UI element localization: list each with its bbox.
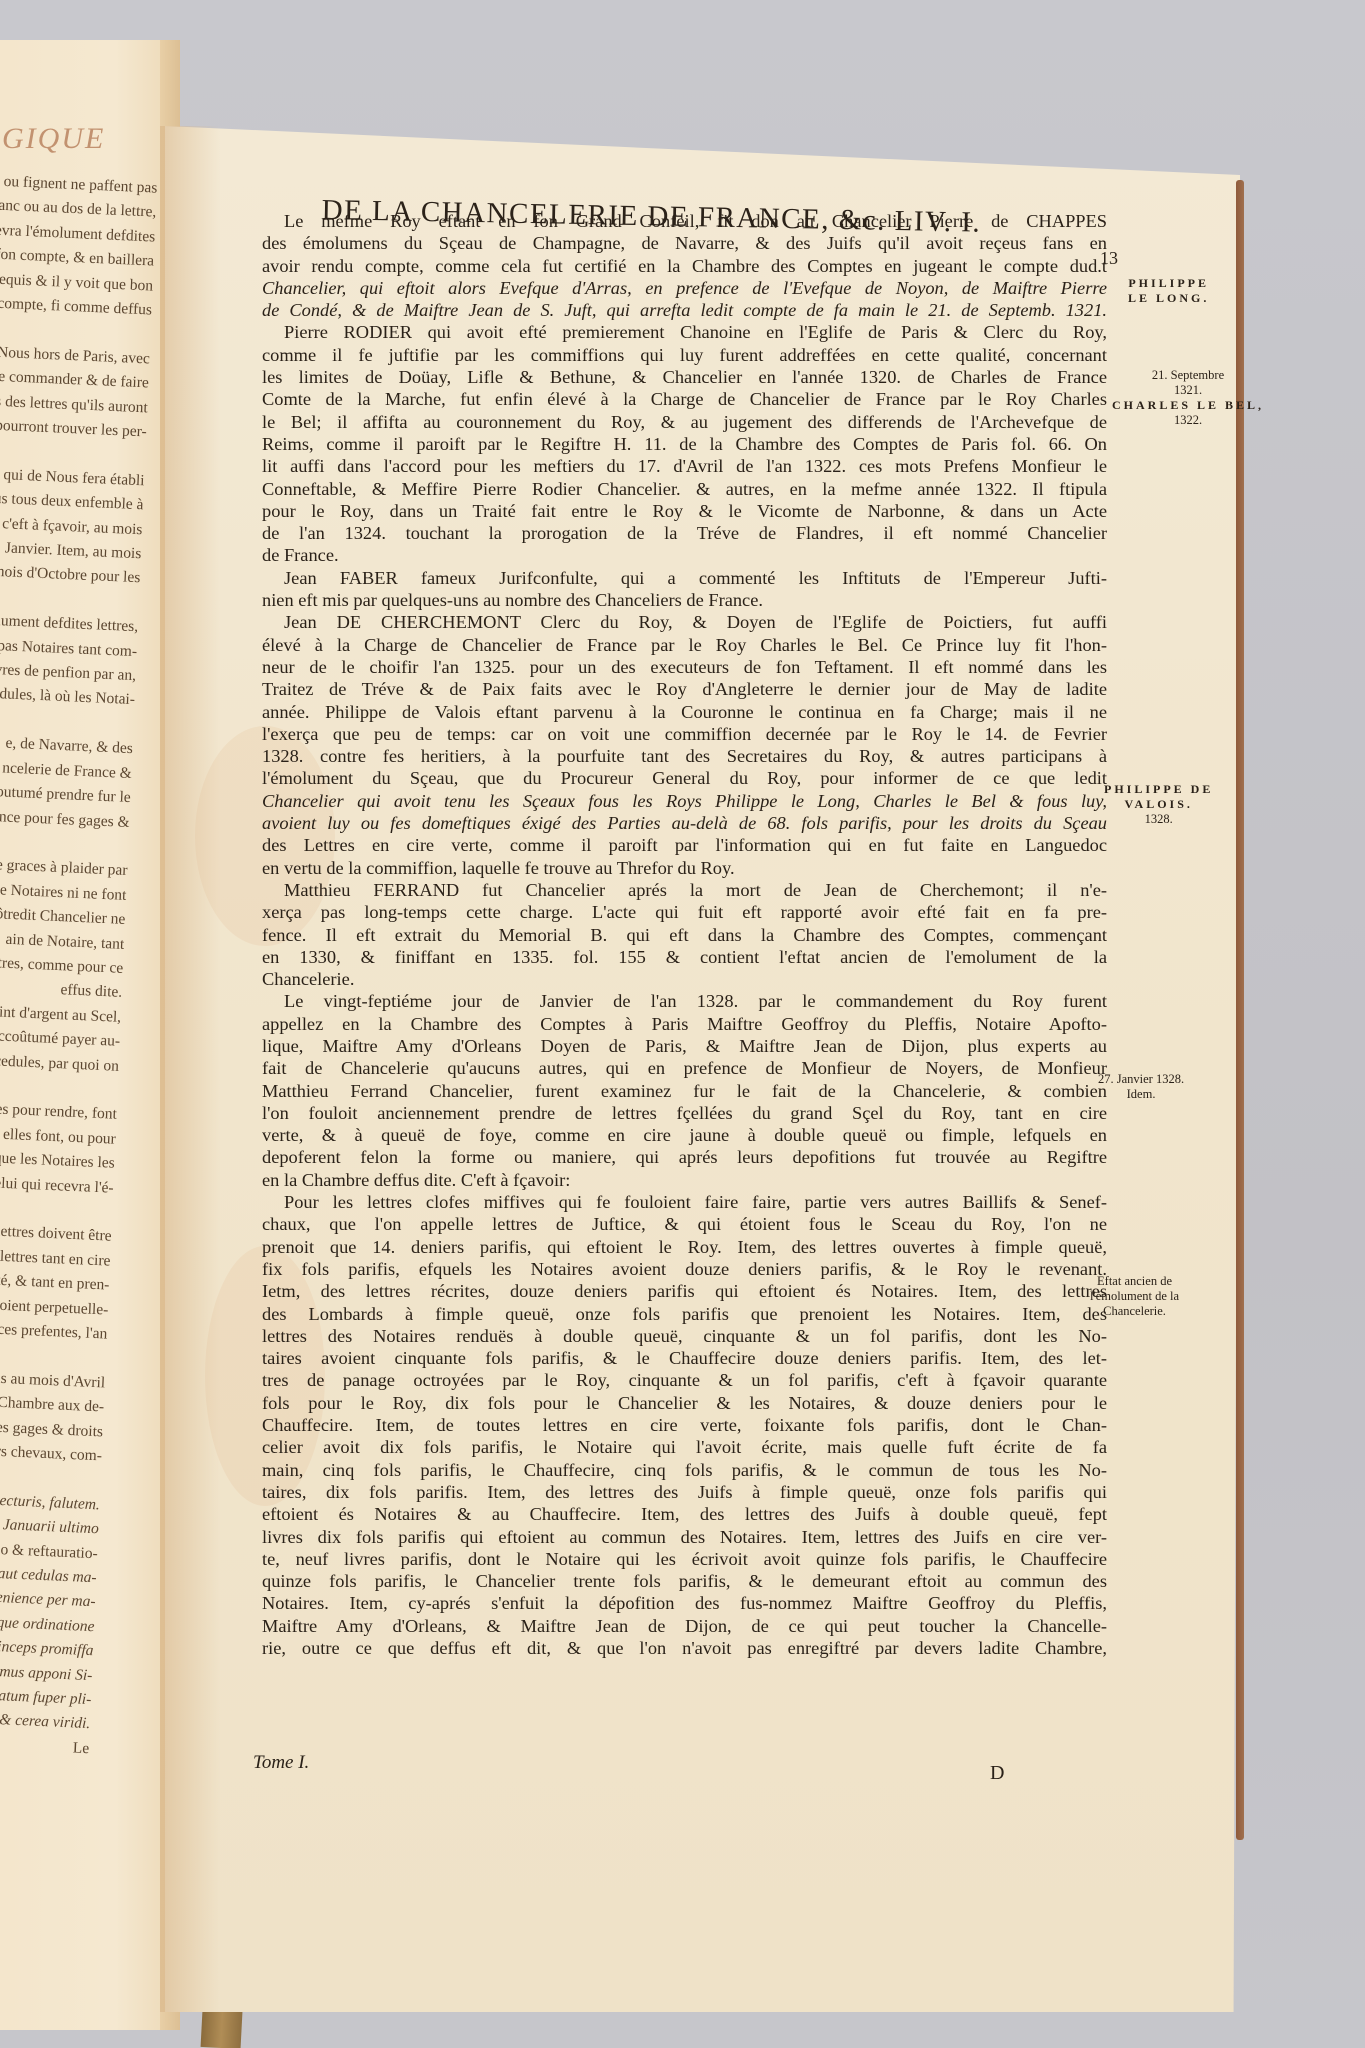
body-line: Chancelerie. bbox=[262, 968, 1107, 990]
body-line: des émolumens du Sçeau de Champagne, de … bbox=[262, 232, 1107, 254]
body-line: en vertu de la commiffion, laquelle fe t… bbox=[262, 857, 1107, 879]
body-line: depoferent felon la forme ou maniere, qu… bbox=[262, 1146, 1107, 1168]
body-line: prenoit que 14. deniers parifis, qui eft… bbox=[262, 1236, 1107, 1258]
body-line: des Lettres en cire verte, comme il paro… bbox=[262, 834, 1107, 856]
left-page-text: ent ou fignent ne paffent pasblanc ou au… bbox=[0, 168, 158, 1761]
margin-note-estat-ancien: Eftat ancien del'émolument de laChancele… bbox=[1090, 1274, 1179, 1319]
body-line: chaux, que l'on appelle lettres de Jufti… bbox=[262, 1213, 1107, 1235]
signature-mark: D bbox=[990, 1762, 1004, 1785]
margin-note-line: l'émolument de la bbox=[1090, 1289, 1179, 1304]
body-line: en 1330, & finiffant en 1335. fol. 155 &… bbox=[262, 946, 1107, 968]
body-line: Chancelier qui avoit tenu les Sçeaux fou… bbox=[262, 790, 1107, 812]
margin-note-line: PHILIPPE bbox=[1128, 276, 1209, 291]
margin-note-line: Eftat ancien de bbox=[1090, 1274, 1179, 1289]
body-line: Ietm, des lettres récrites, douze denier… bbox=[262, 1280, 1107, 1302]
body-line: l'émolument du Sçeau, que du Procureur G… bbox=[262, 767, 1107, 789]
body-line: année. Philippe de Valois eftant parvenu… bbox=[262, 701, 1107, 723]
margin-note-charles-le-bel: 21. Septembre1321.CHARLES LE BEL,1322. bbox=[1112, 368, 1264, 428]
body-line: comme il fe juftifie par les commiffions… bbox=[262, 344, 1107, 366]
body-line: main, cinq fols parifis, le Chauffecire,… bbox=[262, 1459, 1107, 1481]
body-line: taires, dix fols parifis. Item, des lett… bbox=[262, 1481, 1107, 1503]
body-line: livres dix fols parifis qui eftoient au … bbox=[262, 1526, 1107, 1548]
volume-label: Tome I. bbox=[253, 1752, 309, 1774]
body-line: Matthieu Ferrand Chancelier, furent exam… bbox=[262, 1080, 1107, 1102]
body-line: Traitez de Tréve & de Paix faits avec le… bbox=[262, 678, 1107, 700]
body-line: Matthieu FERRAND fut Chancelier aprés la… bbox=[262, 879, 1107, 901]
body-line: de l'an 1324. touchant la prorogation de… bbox=[262, 522, 1107, 544]
body-text: Le mefme Roy eftant en fon Grand Confeil… bbox=[262, 210, 1107, 1659]
body-line: lique, Maiftre Amy d'Orleans Doyen de Pa… bbox=[262, 1035, 1107, 1057]
body-line: fols pour le Roy, dix fols pour le Chanc… bbox=[262, 1392, 1107, 1414]
margin-note-philippe-le-long: PHILIPPELE LONG. bbox=[1128, 276, 1209, 306]
body-line: Notaires. Item, cy-aprés s'enfuit la dép… bbox=[262, 1592, 1107, 1614]
margin-note-line: Idem. bbox=[1098, 1087, 1184, 1102]
body-line: te, neuf livres parifis, dont le Notaire… bbox=[262, 1548, 1107, 1570]
margin-note-line: 21. Septembre bbox=[1112, 368, 1264, 383]
body-line: Conneftable, & Meffire Pierre Rodier Cha… bbox=[262, 478, 1107, 500]
body-line: Reims, comme il paroift par le Regiftre … bbox=[262, 433, 1107, 455]
body-line: appellez en la Chambre des Comptes à Par… bbox=[262, 1013, 1107, 1035]
body-line: eftoient és Notaires & au Chauffecire. I… bbox=[262, 1503, 1107, 1525]
body-line: Le vingt-feptiéme jour de Janvier de l'a… bbox=[262, 990, 1107, 1012]
body-line: nien eft mis par quelques-uns au nombre … bbox=[262, 589, 1107, 611]
left-page: GIQUE ent ou fignent ne paffent pasblanc… bbox=[0, 40, 165, 2030]
left-page-running-header: GIQUE bbox=[0, 122, 162, 156]
body-line: Jean DE CHERCHEMONT Clerc du Roy, & Doye… bbox=[262, 611, 1107, 633]
body-line: pour le Roy, dans un Traité fait entre l… bbox=[262, 500, 1107, 522]
body-line: de Condé, & de Maiftre Jean de S. Juft, … bbox=[262, 299, 1107, 321]
body-line: Pour les lettres clofes miffives qui fe … bbox=[262, 1191, 1107, 1213]
body-line: Comte de la Marche, fut enfin élevé à la… bbox=[262, 388, 1107, 410]
body-line: Pierre RODIER qui avoit efté premieremen… bbox=[262, 321, 1107, 343]
body-line: Jean FABER fameux Jurifconfulte, qui a c… bbox=[262, 567, 1107, 589]
body-line: neur de le choifir l'an 1325. pour un de… bbox=[262, 656, 1107, 678]
margin-note-philippe-de-valois: PHILIPPE DEVALOIS.1328. bbox=[1104, 782, 1213, 827]
body-line: verte, & à queuë de foye, comme en cire … bbox=[262, 1124, 1107, 1146]
body-line: l'exerça que peu de temps: car on voit u… bbox=[262, 723, 1107, 745]
margin-note-line: VALOIS. bbox=[1104, 797, 1213, 812]
leather-binding-edge bbox=[1236, 180, 1244, 1840]
page-gutter-shadow bbox=[160, 126, 220, 2012]
body-line: xerça pas long-temps cette charge. L'act… bbox=[262, 901, 1107, 923]
body-line: des Lombards à fimple queuë, onze fols p… bbox=[262, 1303, 1107, 1325]
body-line: lit auffi dans l'accord pour les meftier… bbox=[262, 455, 1107, 477]
body-line: le Bel; il affifta au couronnement du Ro… bbox=[262, 411, 1107, 433]
body-line: l'on fouloit anciennement prendre de let… bbox=[262, 1102, 1107, 1124]
margin-note-line: 1321. bbox=[1112, 383, 1264, 398]
margin-note-line: PHILIPPE DE bbox=[1104, 782, 1213, 797]
margin-note-janvier-1328: 27. Janvier 1328.Idem. bbox=[1098, 1072, 1184, 1102]
margin-note-line: 27. Janvier 1328. bbox=[1098, 1072, 1184, 1087]
body-line: avoient luy ou fes domeftiques éxigé des… bbox=[262, 812, 1107, 834]
body-line: Chancelier, qui eftoit alors Evefque d'A… bbox=[262, 277, 1107, 299]
body-line: rie, outre ce que deffus eft dit, & que … bbox=[262, 1637, 1107, 1659]
body-line: fix fols parifis, efquels les Notaires a… bbox=[262, 1258, 1107, 1280]
body-line: en la Chambre deffus dite. C'eft à fçavo… bbox=[262, 1169, 1107, 1191]
body-line: celier avoit dix fols parifis, le Notair… bbox=[262, 1436, 1107, 1458]
body-line: lettres des Notaires renduës à double qu… bbox=[262, 1325, 1107, 1347]
body-line: Maiftre Amy d'Orleans, & Maiftre Jean de… bbox=[262, 1615, 1107, 1637]
body-line: les limites de Doüay, Lifle & Bethune, &… bbox=[262, 366, 1107, 388]
body-line: élevé à la Charge de Chancelier de Franc… bbox=[262, 634, 1107, 656]
body-line: quinze fols parifis, le Chancelier trent… bbox=[262, 1570, 1107, 1592]
body-line: avoir rendu compte, comme cela fut certi… bbox=[262, 255, 1107, 277]
margin-note-line: Chancelerie. bbox=[1090, 1304, 1179, 1319]
body-line: taires avoient cinquante fols parifis, &… bbox=[262, 1347, 1107, 1369]
margin-note-line: 1322. bbox=[1112, 413, 1264, 428]
margin-note-line: 1328. bbox=[1104, 812, 1213, 827]
body-line: fence. Il eft extrait du Memorial B. qui… bbox=[262, 924, 1107, 946]
margin-note-line: CHARLES LE BEL, bbox=[1112, 398, 1264, 413]
body-line: de France. bbox=[262, 544, 1107, 566]
body-line: 1328. contre fes heritiers, à la pourfui… bbox=[262, 745, 1107, 767]
margin-note-line: LE LONG. bbox=[1128, 291, 1209, 306]
body-line: fait de Chancelerie qu'aucuns autres, qu… bbox=[262, 1057, 1107, 1079]
body-line: Chauffecire. Item, de toutes lettres en … bbox=[262, 1414, 1107, 1436]
body-line: Le mefme Roy eftant en fon Grand Confeil… bbox=[262, 210, 1107, 232]
body-line: tres de panage octroyées par le Roy, cin… bbox=[262, 1369, 1107, 1391]
